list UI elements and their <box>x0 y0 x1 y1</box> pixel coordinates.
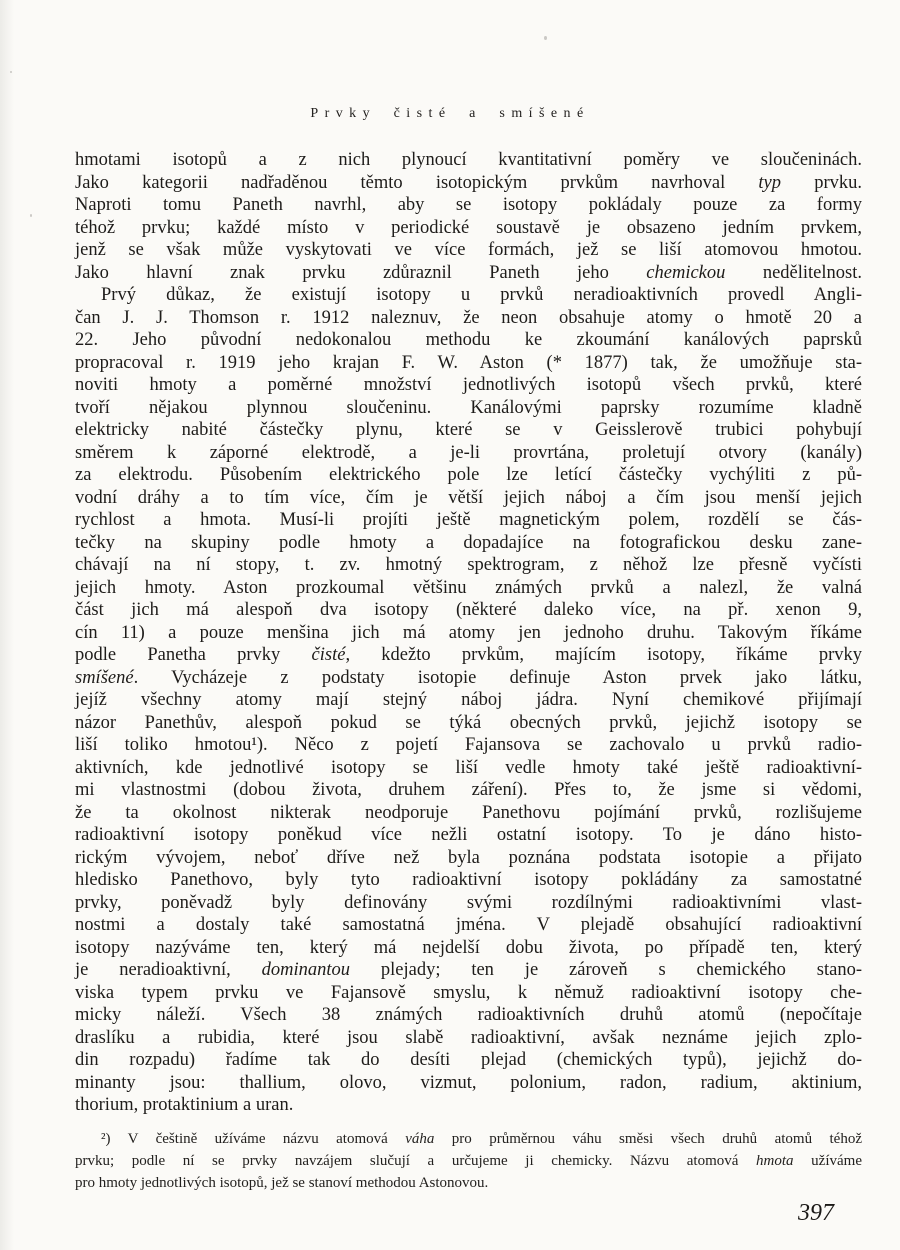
text-segment: část jich má alespoň dva isotopy (někter… <box>75 600 862 620</box>
text-segment: téhož prvku; každé místo v periodické so… <box>75 218 862 238</box>
text-segment: plejady; ten je zároveň s chemického sta… <box>350 960 862 980</box>
text-segment: tečky na skupiny podle hmoty a dopadajíc… <box>75 533 862 553</box>
text-line: cín 11) a pouze menšina jich má atomy je… <box>75 622 862 645</box>
text-line: téhož prvku; každé místo v periodické so… <box>75 217 862 240</box>
italic-text: váha <box>405 1131 434 1147</box>
book-page: Prvky čisté a smíšené hmotami isotopů a … <box>0 0 900 1250</box>
text-line: thorium, protaktinium a uran. <box>75 1094 862 1117</box>
text-line: jejíž všechny atomy mají stejný náboj já… <box>75 689 862 712</box>
text-line: smíšené. Vycházeje z podstaty isotopie d… <box>75 667 862 690</box>
text-line: Naproti tomu Paneth navrhl, aby se isoto… <box>75 194 862 217</box>
text-segment: hmotami isotopů a z nich plynoucí kvanti… <box>75 150 862 170</box>
text-segment: chávají na ní stopy, t. zv. hmotný spekt… <box>75 555 862 575</box>
text-segment: Prvý důkaz, že existují isotopy u prvků … <box>101 285 862 305</box>
text-line: nostmi a dostaly také samostatná jména. … <box>75 914 862 937</box>
text-line: liší toliko hmotou¹). Něco z pojetí Faja… <box>75 734 862 757</box>
text-segment: liší toliko hmotou¹). Něco z pojetí Faja… <box>75 735 862 755</box>
text-segment: rychlost a hmota. Musí-li projíti ještě … <box>75 510 862 530</box>
text-line: noviti hmoty a poměrné množství jednotli… <box>75 374 862 397</box>
text-line: viska typem prvku ve Fajansově smyslu, k… <box>75 982 862 1005</box>
text-segment: Jako kategorii nadřaděnou těmto isotopic… <box>75 173 758 193</box>
text-line: je neradioaktivní, dominantou plejady; t… <box>75 959 862 982</box>
text-line: hledisko Panethovo, byly tyto radioaktiv… <box>75 869 862 892</box>
text-line: rickým vývojem, neboť dříve než byla poz… <box>75 847 862 870</box>
text-line: Jako kategorii nadřaděnou těmto isotopic… <box>75 172 862 195</box>
text-segment: užíváme <box>794 1153 862 1169</box>
text-segment: noviti hmoty a poměrné množství jednotli… <box>75 375 862 395</box>
text-line: aktivních, kde jednotlivé isotopy se liš… <box>75 757 862 780</box>
text-line: elektricky nabité částečky plynu, které … <box>75 419 862 442</box>
text-segment: prvku. <box>781 173 862 193</box>
italic-text: smíšené <box>75 668 134 688</box>
text-segment: . Vycházeje z podstaty isotopie definuje… <box>134 668 862 688</box>
text-segment: , kdežto prvkům, majícím isotopy, říkáme… <box>345 645 862 665</box>
text-segment: směrem k záporné elektrodě, a je-li prov… <box>75 443 862 463</box>
text-line: Jako hlavní znak prvku zdůraznil Paneth … <box>75 262 862 285</box>
text-segment: 22. Jeho původní nedokonalou methodu ke … <box>75 330 862 350</box>
scan-speck <box>544 36 547 40</box>
text-segment: tvoří nějakou plynnou sloučeninu. Kanálo… <box>75 398 862 418</box>
text-segment: podle Panetha prvky <box>75 645 312 665</box>
text-segment: hledisko Panethovo, byly tyto radioaktiv… <box>75 870 862 890</box>
text-line: část jich má alespoň dva isotopy (někter… <box>75 599 862 622</box>
body-text: hmotami isotopů a z nich plynoucí kvanti… <box>75 149 862 1117</box>
italic-text: hmota <box>756 1153 794 1169</box>
scan-speck <box>10 71 12 73</box>
text-segment: rickým vývojem, neboť dříve než byla poz… <box>75 848 862 868</box>
text-line: prvku; podle ní se prvky navzájem slučuj… <box>75 1150 862 1172</box>
text-segment: radioaktivní isotopy poněkud více nežli … <box>75 825 862 845</box>
text-segment: micky náleží. Všech 38 známých radioakti… <box>75 1005 862 1025</box>
text-segment: Naproti tomu Paneth navrhl, aby se isoto… <box>75 195 862 215</box>
text-segment: jenž se však může vyskytovati ve více fo… <box>75 240 862 260</box>
text-segment: propracoval r. 1919 jeho krajan F. W. As… <box>75 353 862 373</box>
text-line: micky náleží. Všech 38 známých radioakti… <box>75 1004 862 1027</box>
scan-speck <box>30 214 32 217</box>
text-line: rychlost a hmota. Musí-li projíti ještě … <box>75 509 862 532</box>
text-segment: že ta okolnost nikterak neodporuje Panet… <box>75 803 862 823</box>
text-segment: za elektrodu. Působením elektrického pol… <box>75 465 862 485</box>
text-line: radioaktivní isotopy poněkud více nežli … <box>75 824 862 847</box>
text-line: minanty jsou: thallium, olovo, vizmut, p… <box>75 1072 862 1095</box>
text-line: ²) V češtině užíváme názvu atomová váha … <box>75 1128 862 1150</box>
text-line: vodní dráhy a to tím více, čím je větší … <box>75 487 862 510</box>
text-segment: viska typem prvku ve Fajansově smyslu, k… <box>75 983 862 1003</box>
italic-text: typ <box>758 173 781 193</box>
text-segment: cín 11) a pouze menšina jich má atomy je… <box>75 623 862 643</box>
text-line: chávají na ní stopy, t. zv. hmotný spekt… <box>75 554 862 577</box>
italic-text: čisté <box>312 645 346 665</box>
text-line: mi vlastnostmi (dobou života, druhem zář… <box>75 779 862 802</box>
text-line: názor Panethův, alespoň pokud se týká ob… <box>75 712 862 735</box>
text-segment: Jako hlavní znak prvku zdůraznil Paneth … <box>75 263 646 283</box>
text-segment: minanty jsou: thallium, olovo, vizmut, p… <box>75 1073 862 1093</box>
text-line: podle Panetha prvky čisté, kdežto prvkům… <box>75 644 862 667</box>
text-line: prvky, poněvadž byly definovány svými ro… <box>75 892 862 915</box>
text-segment: pro průměrnou váhu směsi všech druhů ato… <box>434 1131 862 1147</box>
text-segment: prvku; podle ní se prvky navzájem slučuj… <box>75 1153 756 1169</box>
text-segment: din rozpadu) řadíme tak do desíti plejad… <box>75 1050 862 1070</box>
text-segment: jejíž všechny atomy mají stejný náboj já… <box>75 690 862 710</box>
text-segment: prvky, poněvadž byly definovány svými ro… <box>75 893 862 913</box>
text-line: draslíku a rubidia, které jsou slabě rad… <box>75 1027 862 1050</box>
text-line: jejich hmoty. Aston prozkoumal většinu z… <box>75 577 862 600</box>
text-line: isotopy nazýváme ten, který má nejdelší … <box>75 937 862 960</box>
text-segment: isotopy nazýváme ten, který má nejdelší … <box>75 938 862 958</box>
paragraph: hmotami isotopů a z nich plynoucí kvanti… <box>75 149 862 284</box>
text-line: pro hmoty jednotlivých isotopů, jež se s… <box>75 1172 862 1194</box>
text-segment: ²) V češtině užíváme názvu atomová <box>101 1131 405 1147</box>
page-number: 397 <box>798 1200 834 1227</box>
text-line: tvoří nějakou plynnou sloučeninu. Kanálo… <box>75 397 862 420</box>
text-segment: názor Panethův, alespoň pokud se týká ob… <box>75 713 862 733</box>
text-segment: pro hmoty jednotlivých isotopů, jež se s… <box>75 1175 488 1191</box>
text-segment: je neradioaktivní, <box>75 960 262 980</box>
text-line: jenž se však může vyskytovati ve více fo… <box>75 239 862 262</box>
italic-text: chemickou <box>646 263 725 283</box>
text-line: směrem k záporné elektrodě, a je-li prov… <box>75 442 862 465</box>
running-head: Prvky čisté a smíšené <box>0 106 900 122</box>
italic-text: dominantou <box>262 960 350 980</box>
text-segment: mi vlastnostmi (dobou života, druhem zář… <box>75 780 862 800</box>
text-line: din rozpadu) řadíme tak do desíti plejad… <box>75 1049 862 1072</box>
text-line: že ta okolnost nikterak neodporuje Panet… <box>75 802 862 825</box>
text-line: hmotami isotopů a z nich plynoucí kvanti… <box>75 149 862 172</box>
text-segment: nedělitelnost. <box>725 263 862 283</box>
text-segment: aktivních, kde jednotlivé isotopy se liš… <box>75 758 862 778</box>
footnote: ²) V češtině užíváme názvu atomová váha … <box>75 1128 862 1194</box>
text-line: Prvý důkaz, že existují isotopy u prvků … <box>75 284 862 307</box>
paragraph: Prvý důkaz, že existují isotopy u prvků … <box>75 284 862 1117</box>
text-segment: čan J. J. Thomson r. 1912 naleznuv, že n… <box>75 308 862 328</box>
text-segment: vodní dráhy a to tím více, čím je větší … <box>75 488 862 508</box>
text-line: čan J. J. Thomson r. 1912 naleznuv, že n… <box>75 307 862 330</box>
text-line: tečky na skupiny podle hmoty a dopadajíc… <box>75 532 862 555</box>
text-segment: thorium, protaktinium a uran. <box>75 1095 293 1115</box>
text-line: propracoval r. 1919 jeho krajan F. W. As… <box>75 352 862 375</box>
text-segment: draslíku a rubidia, které jsou slabě rad… <box>75 1028 862 1048</box>
text-segment: elektricky nabité částečky plynu, které … <box>75 420 862 440</box>
text-segment: nostmi a dostaly také samostatná jména. … <box>75 915 862 935</box>
text-line: za elektrodu. Působením elektrického pol… <box>75 464 862 487</box>
text-line: 22. Jeho původní nedokonalou methodu ke … <box>75 329 862 352</box>
text-segment: jejich hmoty. Aston prozkoumal většinu z… <box>75 578 862 598</box>
